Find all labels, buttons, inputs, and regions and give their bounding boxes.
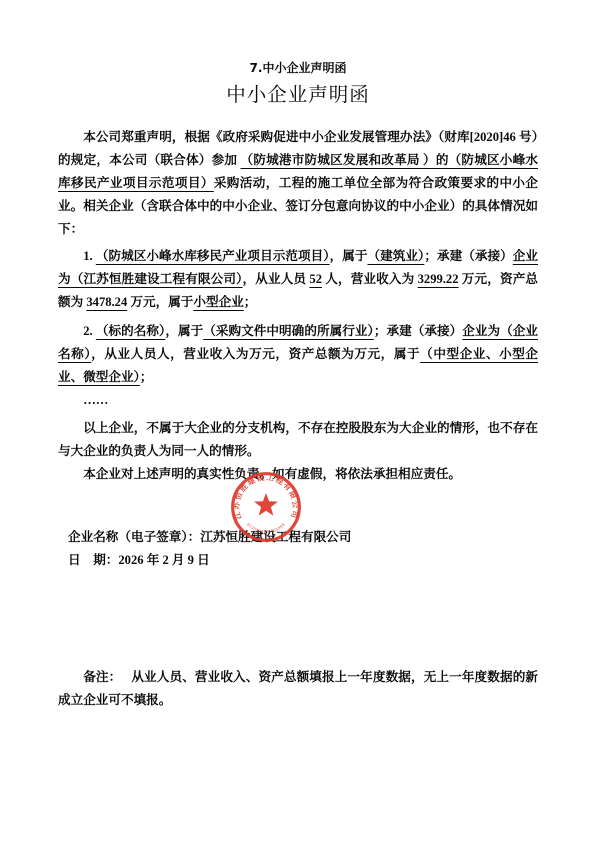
item1-industry: （建筑业） — [367, 249, 424, 263]
remark-paragraph: 备注：从业人员、营业收入、资产总额填报上一年度数据，无上一年度数据的新成立企业可… — [58, 666, 538, 712]
item1-assets-value: 3478.24 — [86, 295, 127, 309]
signature-block: 企业名称（电子签章）：江苏恒胜建设工程有限公司 日 期：2026 年 2 月 9… — [58, 526, 538, 572]
remark-text: 从业人员、营业收入、资产总额填报上一年度数据，无上一年度数据的新成立企业可不填报… — [58, 670, 538, 707]
document-body: 本公司郑重声明，根据《政府采购促进中小企业发展管理办法》（财库[2020]46 … — [58, 126, 538, 486]
item1-number: 1. — [83, 249, 96, 263]
document-title: 中小企业声明函 — [58, 83, 538, 109]
item2-text: ，属于 — [165, 324, 203, 338]
list-item-2: 2. （标的名称），属于（采购文件中明确的所属行业）；承建（承接）企业为（企业名… — [58, 320, 538, 389]
item1-text-3: ，从业人员 — [243, 272, 310, 286]
item2-number: 2. — [83, 324, 96, 338]
ellipsis-line: …… — [58, 389, 538, 412]
document-content: 7.中小企业声明函 中小企业声明函 本公司郑重声明，根据《政府采购促进中小企业发… — [0, 61, 595, 712]
paragraph-responsibility: 本企业对上述声明的真实性负责。如有虚假，将依法承担相应责任。 — [58, 463, 538, 486]
signature-company-line: 企业名称（电子签章）：江苏恒胜建设工程有限公司 — [68, 526, 538, 549]
item1-text-2: ；承建（承接） — [424, 249, 512, 263]
signature-date-line: 日 期：2026 年 2 月 9 日 — [68, 549, 538, 572]
paragraph-declaration: 本公司郑重声明，根据《政府采购促进中小企业发展管理办法》（财库[2020]46 … — [58, 126, 538, 241]
remark-label: 备注： — [83, 670, 121, 684]
item1-text: ，属于 — [330, 249, 368, 263]
item2-text-2: ；承建（承接） — [374, 324, 462, 338]
item1-text-4: 人，营业收入为 — [322, 272, 418, 286]
item1-text-6: 万元，属于 — [127, 295, 193, 309]
declaration-document-page: 7.中小企业声明函 中小企业声明函 本公司郑重声明，根据《政府采购促进中小企业发… — [0, 0, 595, 842]
item2-text-3: ，从业人员人，营业收入为万元，资产总额为万元，属于 — [91, 347, 420, 361]
item2-text-4: ； — [140, 370, 153, 384]
document-subtitle: 7.中小企业声明函 — [58, 61, 538, 76]
list-item-1: 1. （防城区小峰水库移民产业项目示范项目），属于（建筑业）；承建（承接）企业为… — [58, 245, 538, 314]
item1-enterprise-type: 小型企业 — [193, 295, 243, 309]
item1-project-name: （防城区小峰水库移民产业项目示范项目） — [96, 249, 330, 263]
item2-industry-blank: （采购文件中明确的所属行业） — [203, 324, 374, 338]
item1-revenue-value: 3299.22 — [418, 272, 459, 286]
item2-subject-name-blank: （标的名称） — [96, 324, 166, 338]
item1-text-7: ； — [244, 295, 257, 309]
item1-employees-value: 52 — [309, 272, 322, 286]
paragraph-no-large-enterprise: 以上企业，不属于大企业的分支机构，不存在控股股东为大企业的情形，也不存在与大企业… — [58, 417, 538, 463]
